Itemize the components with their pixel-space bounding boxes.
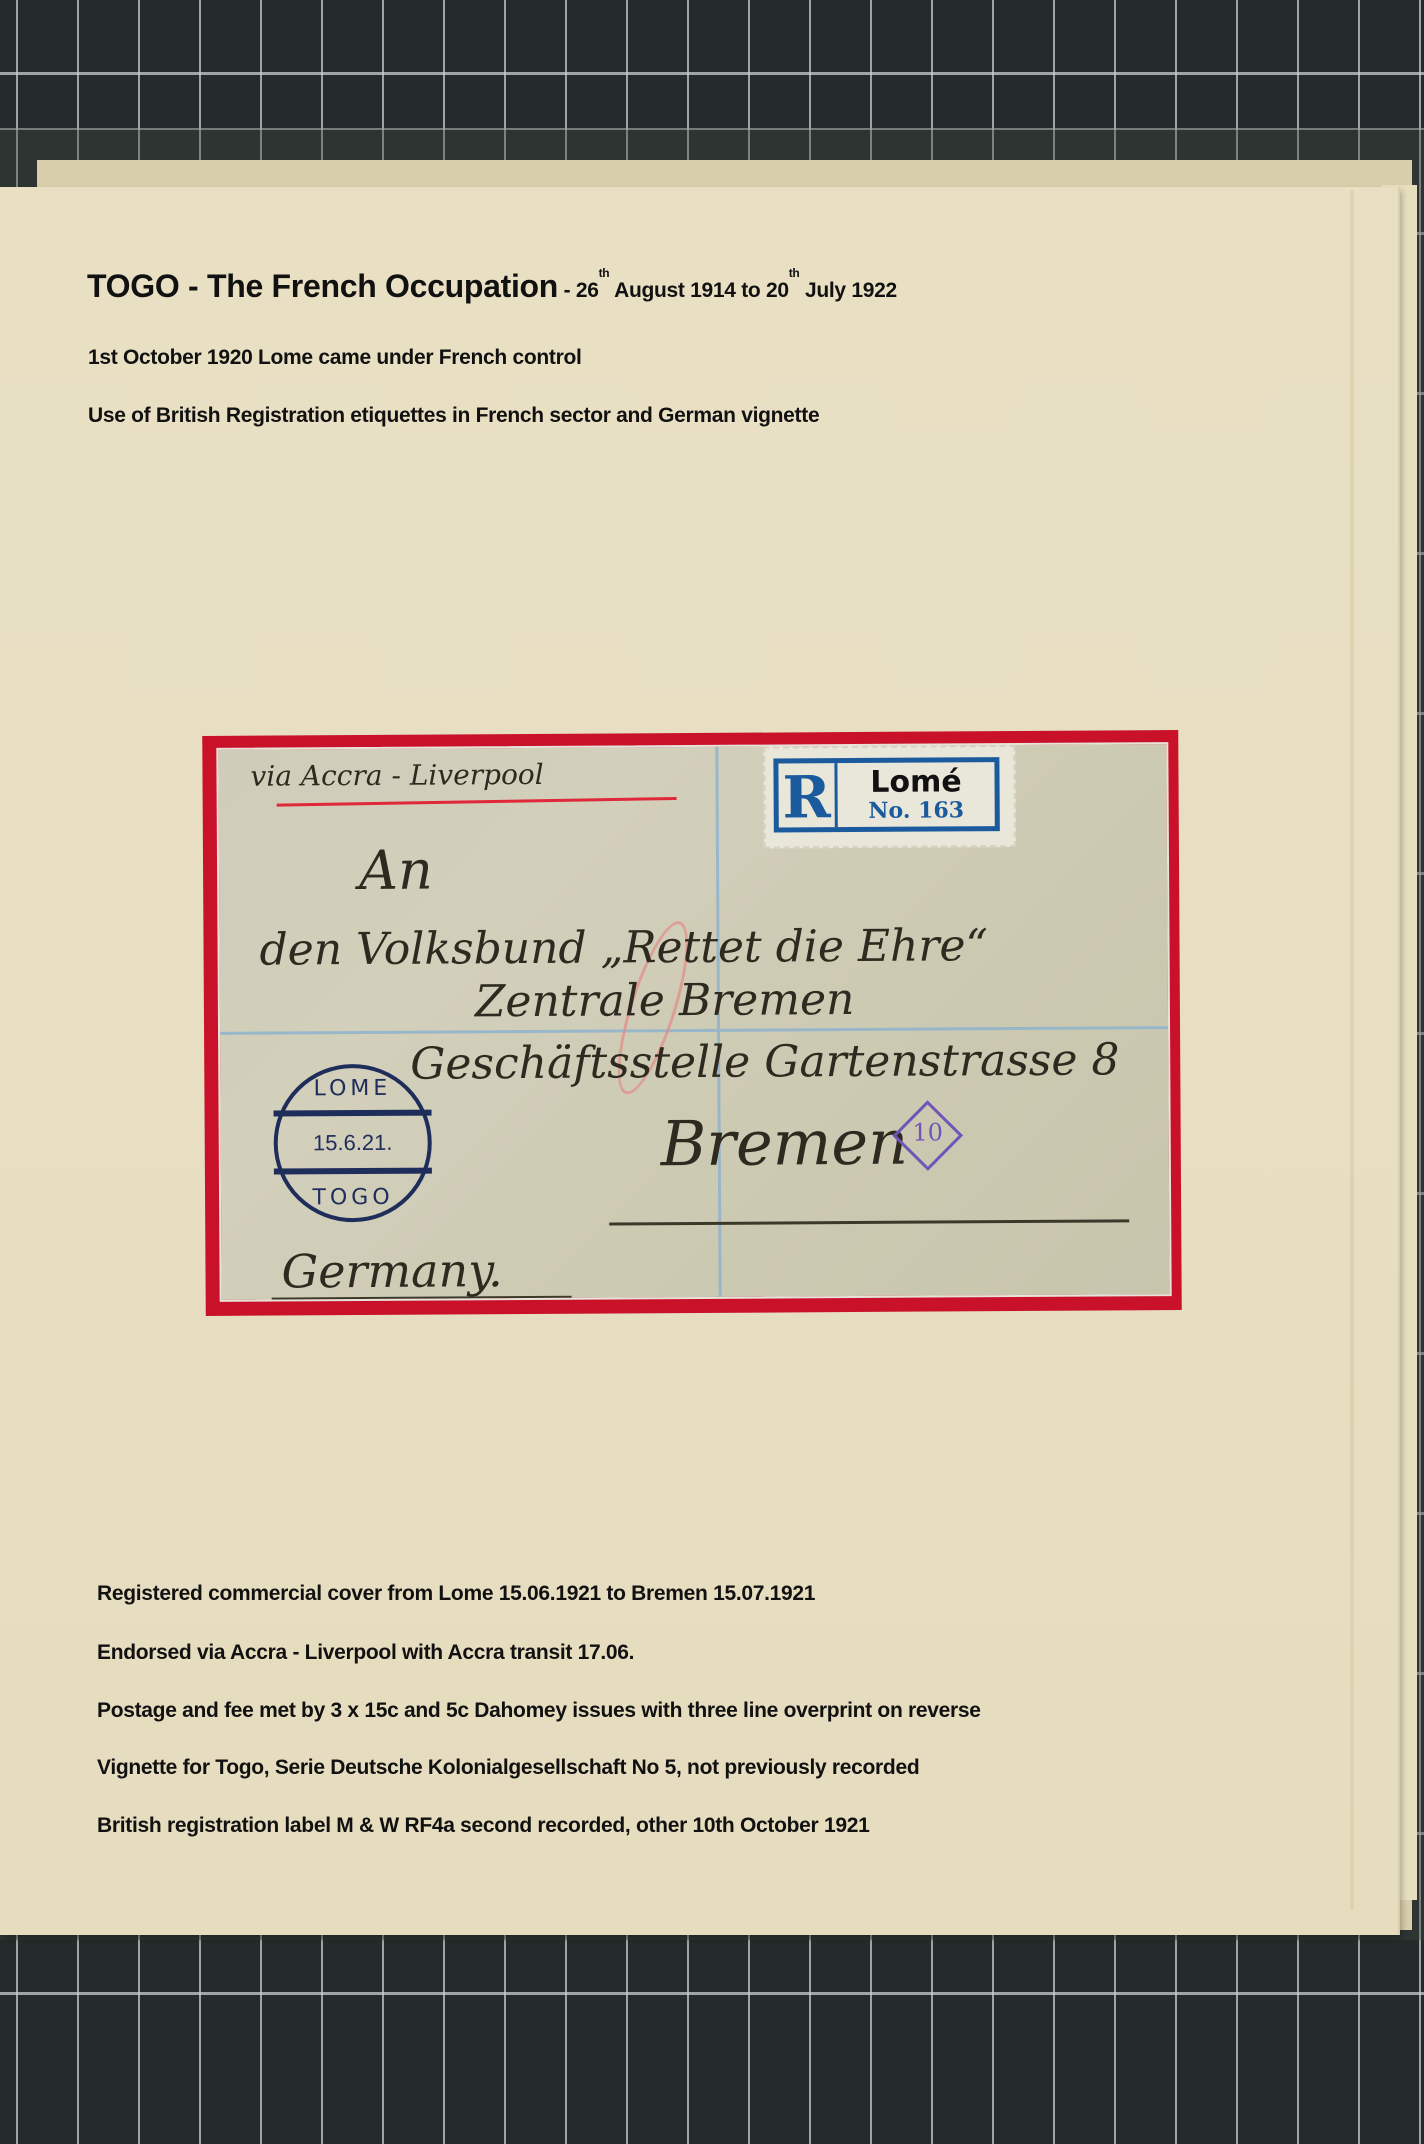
postmark-lome-togo: LOME 15.6.21. TOGO bbox=[273, 1064, 432, 1223]
endorsement-underline bbox=[277, 797, 677, 807]
subtitle-etiquettes: Use of British Registration etiquettes i… bbox=[88, 404, 819, 428]
registration-number: No. 163 bbox=[838, 799, 995, 822]
address-salutation: An bbox=[359, 839, 433, 902]
city-underline bbox=[609, 1219, 1129, 1225]
cover-mount: via Accra - Liverpool An den Volksbund „… bbox=[202, 730, 1182, 1316]
registration-town: Lomé bbox=[837, 767, 994, 798]
postmark-country: TOGO bbox=[278, 1185, 428, 1211]
registration-letter: R bbox=[778, 763, 837, 827]
description-line: Endorsed via Accra - Liverpool with Accr… bbox=[97, 1641, 634, 1665]
country-underline bbox=[272, 1296, 572, 1300]
page-title: TOGO - The French Occupation - 26th Augu… bbox=[87, 268, 897, 305]
boxed-mark-value: 10 bbox=[903, 1118, 953, 1146]
address-line-3: Geschäftsstelle Gartenstrasse 8 bbox=[410, 1034, 1119, 1089]
description-line: Registered commercial cover from Lome 15… bbox=[97, 1582, 815, 1606]
address-country: Germany. bbox=[281, 1243, 502, 1298]
description-line: British registration label M & W RF4a se… bbox=[97, 1814, 869, 1838]
description-line: Vignette for Togo, Serie Deutsche Koloni… bbox=[97, 1756, 919, 1780]
subtitle-control: 1st October 1920 Lome came under French … bbox=[88, 346, 582, 370]
page-edge bbox=[1350, 190, 1354, 1910]
route-endorsement: via Accra - Liverpool bbox=[250, 758, 543, 793]
title-dates: - 26th August 1914 to 20th July 1922 bbox=[558, 279, 897, 302]
postmark-town: LOME bbox=[277, 1076, 427, 1102]
registered-cover: via Accra - Liverpool An den Volksbund „… bbox=[216, 742, 1171, 1302]
title-main: TOGO - The French Occupation bbox=[87, 268, 558, 304]
registration-line-horizontal bbox=[220, 1026, 1168, 1035]
address-line-2: Zentrale Bremen bbox=[475, 974, 855, 1027]
address-line-1: den Volksbund „Rettet die Ehre“ bbox=[259, 920, 988, 975]
description-line: Postage and fee met by 3 x 15c and 5c Da… bbox=[97, 1699, 981, 1723]
registration-label: R Lomé No. 163 bbox=[763, 745, 1016, 849]
address-city: Bremen bbox=[661, 1106, 909, 1181]
postmark-date: 15.6.21. bbox=[278, 1130, 428, 1157]
